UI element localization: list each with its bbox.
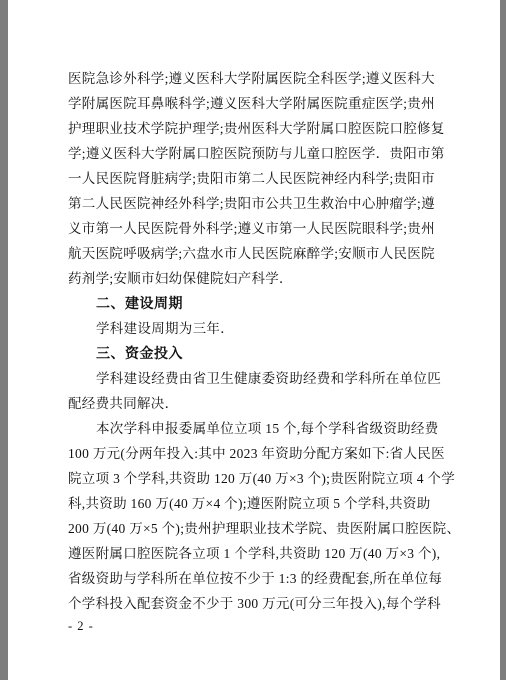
text-line: 配经费共同解决．	[68, 391, 446, 416]
text-line: 个学科投入配套资金不少于 300 万元(可分三年投入),每个学科	[68, 591, 446, 616]
text-line: 第二人民医院神经外科学;贵阳市公共卫生救治中心肿瘤学;遵	[68, 191, 446, 216]
section-heading: 三、资金投入	[68, 341, 446, 366]
document-page: 医院急诊外科学;遵义医科大学附属医院全科医学;遵义医科大学附属医院耳鼻喉科学;遵…	[8, 0, 500, 680]
document-body: 医院急诊外科学;遵义医科大学附属医院全科医学;遵义医科大学附属医院耳鼻喉科学;遵…	[68, 66, 446, 616]
text-line: 200 万(40 万×5 个);贵州护理职业技术学院、贵医附属口腔医院、	[68, 516, 446, 541]
text-line: 学科建设周期为三年．	[68, 316, 446, 341]
text-line: 学附属医院耳鼻喉科学;遵义医科大学附属医院重症医学;贵州	[68, 91, 446, 116]
text-line: 医院急诊外科学;遵义医科大学附属医院全科医学;遵义医科大	[68, 66, 446, 91]
page-number: - 2 -	[68, 616, 94, 636]
text-line: 本次学科申报委属单位立项 15 个,每个学科省级资助经费	[68, 416, 446, 441]
text-line: 院立项 3 个学科,共资助 120 万(40 万×3 个);贵医附院立项 4 个…	[68, 466, 446, 491]
text-line: 义市第一人民医院骨外科学;遵义市第一人民医院眼科学;贵州	[68, 216, 446, 241]
text-line: 学科建设经费由省卫生健康委资助经费和学科所在单位匹	[68, 366, 446, 391]
text-line: 药剂学;安顺市妇幼保健院妇产科学．	[68, 266, 446, 291]
text-line: 护理职业技术学院护理学;贵州医科大学附属口腔医院口腔修复	[68, 116, 446, 141]
text-line: 科,共资助 160 万(40 万×4 个);遵医附院立项 5 个学科,共资助	[68, 491, 446, 516]
text-line: 100 万元(分两年投入:其中 2023 年资助分配方案如下:省人民医	[68, 441, 446, 466]
text-line: 遵医附属口腔医院各立项 1 个学科,共资助 120 万(40 万×3 个),	[68, 541, 446, 566]
text-line: 学;遵义医科大学附属口腔医院预防与儿童口腔医学．贵阳市第	[68, 141, 446, 166]
text-line: 航天医院呼吸病学;六盘水市人民医院麻醉学;安顺市人民医院	[68, 241, 446, 266]
text-line: 一人民医院肾脏病学;贵阳市第二人民医院神经内科学;贵阳市	[68, 166, 446, 191]
text-line: 省级资助与学科所在单位按不少于 1:3 的经费配套,所在单位每	[68, 566, 446, 591]
screenshot-root: { "page": { "colors": { "surround": "#7d…	[0, 0, 506, 680]
section-heading: 二、建设周期	[68, 291, 446, 316]
